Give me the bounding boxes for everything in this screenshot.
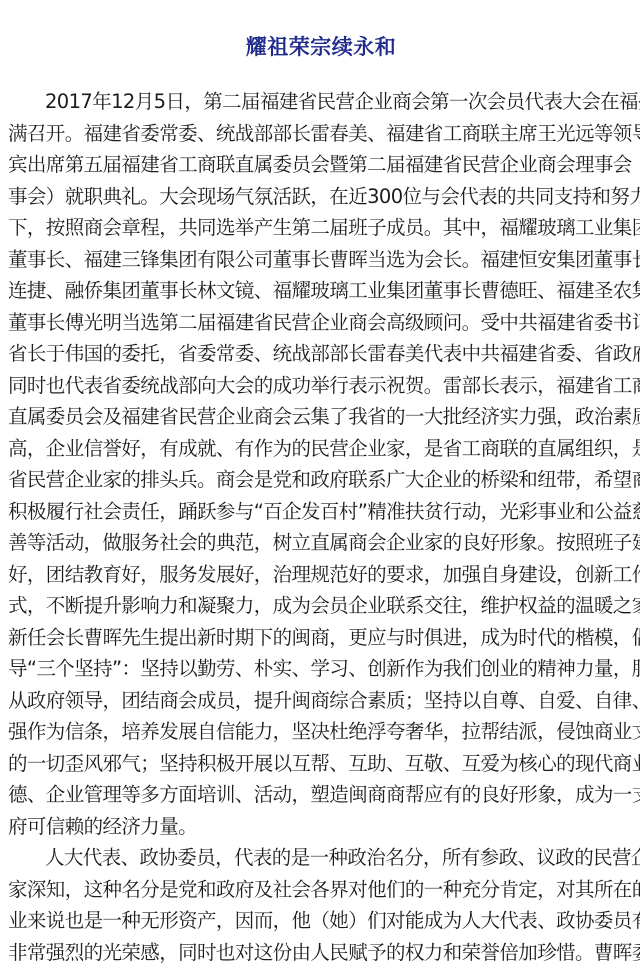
paragraph-2: 人大代表、政协委员，代表的是一种政治名分，所有参政、议政的民营企业 家深知，这种… [8, 842, 640, 968]
text-line: 人大代表、政协委员，代表的是一种政治名分，所有参政、议政的民营企业 [8, 842, 640, 874]
text-line: 直属委员会及福建省民营企业商会云集了我省的一大批经济实力强，政治素质 [8, 401, 640, 433]
text-line: 2017年12月5日，第二届福建省民营企业商会第一次会员代表大会在福州圆 [8, 86, 640, 118]
text-line: 好，团结教育好，服务发展好，治理规范好的要求，加强自身建设，创新工作方 [8, 559, 640, 591]
text-line: 省长于伟国的委托，省委常委、统战部部长雷春美代表中共福建省委、省政府， [8, 338, 640, 370]
text-line: 家深知，这种名分是党和政府及社会各界对他们的一种充分肯定，对其所在的企 [8, 874, 640, 906]
text-line: 导“三个坚持”：坚持以勤劳、朴实、学习、创新作为我们创业的精神力量，服 [8, 653, 640, 685]
text-line: 宾出席第五届福建省工商联直属委员会暨第二届福建省民营企业商会理事会（监 [8, 149, 640, 181]
text-line: 从政府领导，团结商会成员，提升闽商综合素质；坚持以自尊、自爱、自律、自 [8, 685, 640, 717]
text-line: 新任会长曹晖先生提出新时期下的闽商，更应与时俱进，成为时代的楷模，倡 [8, 622, 640, 654]
text-line: 式，不断提升影响力和凝聚力，成为会员企业联系交往，维护权益的温暖之家。 [8, 590, 640, 622]
text-line: 府可信赖的经济力量。 [8, 811, 640, 843]
text-line: 高，企业信誉好，有成就、有作为的民营企业家，是省工商联的直属组织，是全 [8, 433, 640, 465]
text-line: 同时也代表省委统战部向大会的成功举行表示祝贺。雷部长表示，福建省工商联 [8, 370, 640, 402]
text-line: 下，按照商会章程，共同选举产生第二届班子成员。其中，福耀玻璃工业集团副 [8, 212, 640, 244]
text-line: 连捷、融侨集团董事长林文镜、福耀玻璃工业集团董事长曹德旺、福建圣农集团 [8, 275, 640, 307]
article-title: 耀祖荣宗续永和 [0, 32, 642, 62]
text-line: 董事长傅光明当选第二届福建省民营企业商会高级顾问。受中共福建省委书记、 [8, 307, 640, 339]
text-line: 省民营企业家的排头兵。商会是党和政府联系广大企业的桥梁和纽带，希望商会 [8, 464, 640, 496]
text-line: 善等活动，做服务社会的典范，树立直属商会企业家的良好形象。按照班子建设 [8, 527, 640, 559]
text-line: 的一切歪风邪气；坚持积极开展以互帮、互助、互敬、互爱为核心的现代商业道 [8, 748, 640, 780]
text-line: 强作为信条，培养发展自信能力，坚决杜绝浮夸奢华，拉帮结派，侵蚀商业文明 [8, 716, 640, 748]
text-line: 董事长、福建三锋集团有限公司董事长曹晖当选为会长。福建恒安集团董事长许 [8, 244, 640, 276]
text-line: 非常强烈的光荣感，同时也对这份由人民赋予的权力和荣誉倍加珍惜。曹晖委员 [8, 937, 640, 969]
text-line: 业来说也是一种无形资产，因而，他（她）们对能成为人大代表、政协委员有着 [8, 905, 640, 937]
article-body: 2017年12月5日，第二届福建省民营企业商会第一次会员代表大会在福州圆 满召开… [8, 86, 640, 968]
text-line: 德、企业管理等多方面培训、活动，塑造闽商商帮应有的良好形象，成为一支政 [8, 779, 640, 811]
paragraph-1: 2017年12月5日，第二届福建省民营企业商会第一次会员代表大会在福州圆 满召开… [8, 86, 640, 842]
text-line: 满召开。福建省委常委、统战部部长雷春美、福建省工商联主席王光远等领导嘉 [8, 118, 640, 150]
text-line: 事会）就职典礼。大会现场气氛活跃，在近300位与会代表的共同支持和努力 [8, 181, 640, 213]
text-line: 积极履行社会责任，踊跃参与“百企发百村”精准扶贫行动，光彩事业和公益慈 [8, 496, 640, 528]
